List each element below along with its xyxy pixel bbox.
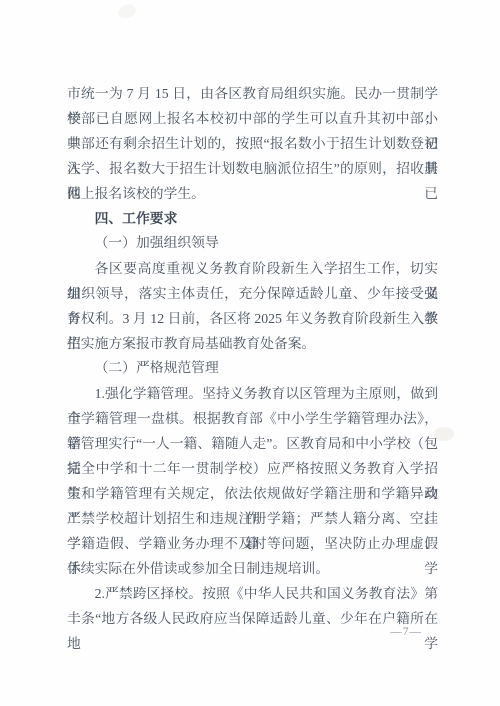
body-line: 市学籍管理一盘棋。根据教育部《中小学生学籍管理办法》，学	[67, 406, 438, 431]
body-line: 学籍造假、学籍业务办理不及时等问题，坚决防止办理虚假休学	[67, 531, 438, 556]
body-line: 1.强化学籍管理。坚持义务教育以区管理为主原则，做到全	[67, 381, 438, 406]
body-line: 中部还有剩余招生计划的，按照“报名数小于招生计划数登记注册	[67, 131, 438, 156]
body-line: 完全中学和十二年一贯制学校）应严格按照义务教育入学招生政	[67, 456, 438, 481]
page-number: —7—	[390, 624, 422, 640]
body-line: 二条“地方各级人民政府应当保障适龄儿童、少年在户籍所在地学	[67, 606, 438, 631]
document-body: 市统一为 7 月 15 日，由各区教育局组织实施。民办一贯制学校小 学部已自愿网…	[67, 81, 438, 631]
scan-artifact	[116, 2, 137, 20]
document-page: 市统一为 7 月 15 日，由各区教育局组织实施。民办一贯制学校小 学部已自愿网…	[0, 0, 500, 706]
body-line: 籍管理实行“一人一籍、籍随人走”。区教育局和中小学校（包括	[67, 431, 438, 456]
body-line: 各区要高度重视义务教育阶段新生入学招生工作，切实加强	[67, 256, 438, 281]
subsection-heading: （二）严格规范管理	[67, 356, 438, 381]
body-line: 策和学籍管理有关规定，依法依规做好学籍注册和学籍异动工作。	[67, 481, 438, 506]
section-heading: 四、工作要求	[67, 206, 438, 231]
body-line: 严禁学校超计划招生和违规注册学籍；严禁人籍分离、空挂学籍、	[67, 506, 438, 531]
body-line: 育权利。3 月 12 日前，各区将 2025 年义务教育阶段新生入学招	[67, 306, 438, 331]
subsection-heading: （一）加强组织领导	[67, 231, 438, 256]
body-line: 市统一为 7 月 15 日，由各区教育局组织实施。民办一贯制学校小	[67, 81, 438, 106]
body-line: 2.严禁跨区择校。按照《中华人民共和国义务教育法》第十	[67, 581, 438, 606]
body-line: 生实施方案报市教育局基础教育处备案。	[67, 331, 438, 356]
body-line: 入学、报名数大于招生计划数电脑派位招生”的原则，招收其他已	[67, 156, 438, 181]
body-line: 组织领导，落实主体责任，充分保障适龄儿童、少年接受义务教	[67, 281, 438, 306]
body-line: 学部已自愿网上报名本校初中部的学生可以直升其初中部；其初	[67, 106, 438, 131]
